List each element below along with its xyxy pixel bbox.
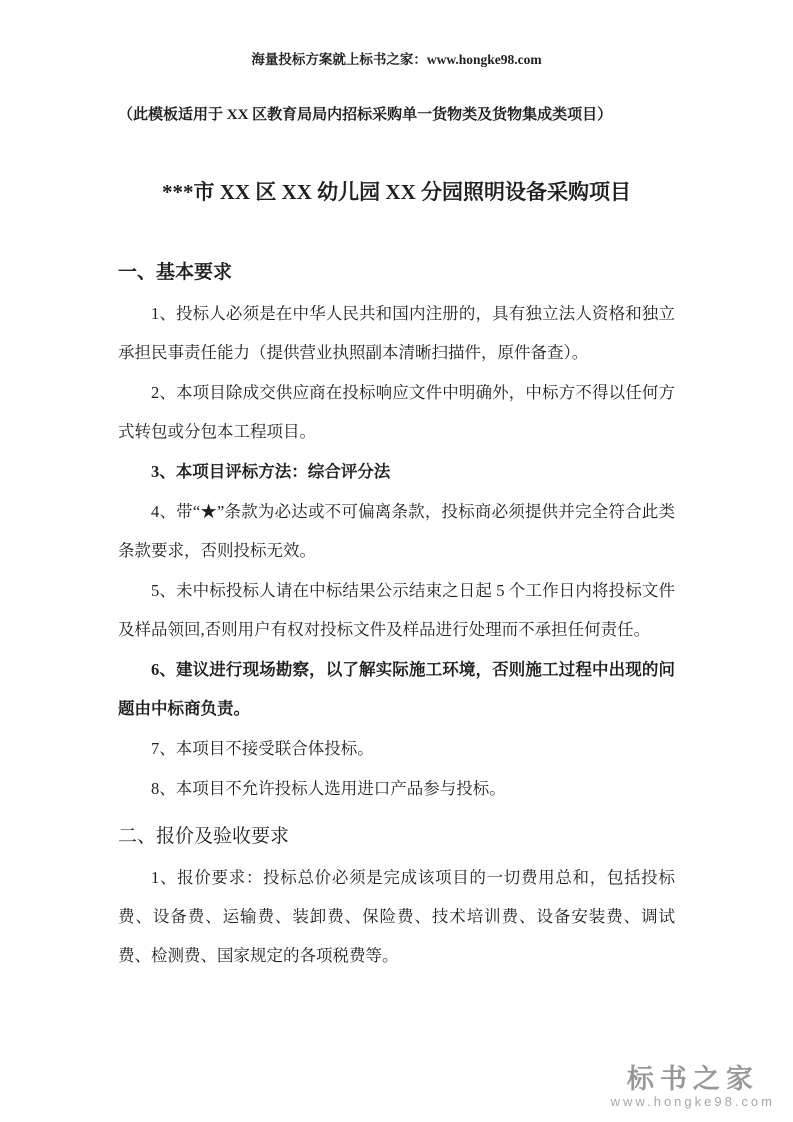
section-2-item-1: 1、报价要求：投标总价必须是完成该项目的一切费用总和，包括投标费、设备费、运输费… bbox=[118, 858, 675, 975]
section-1-item-6: 6、建议进行现场勘察，以了解实际施工环境，否则施工过程中出现的问题由中标商负责。 bbox=[118, 650, 675, 728]
section-1-item-1: 1、投标人必须是在中华人民共和国内注册的，具有独立法人资格和独立承担民事责任能力… bbox=[118, 294, 675, 372]
section-1-heading: 一、基本要求 bbox=[118, 260, 675, 286]
template-note: （此模板适用于 XX 区教育局局内招标采购单一货物类及货物集成类项目） bbox=[118, 104, 675, 126]
section-1-item-3: 3、本项目评标方法：综合评分法 bbox=[118, 452, 675, 491]
watermark: 标书之家 www.hongke98.com bbox=[611, 1064, 775, 1110]
section-1-item-5: 5、未中标投标人请在中标结果公示结束之日起 5 个工作日内将投标文件及样品领回,… bbox=[118, 571, 675, 649]
document-page: 海量投标方案就上标书之家：www.hongke98.com （此模板适用于 XX… bbox=[0, 0, 793, 1122]
watermark-brand: 标书之家 bbox=[611, 1064, 775, 1094]
document-header: 海量投标方案就上标书之家：www.hongke98.com bbox=[0, 0, 793, 68]
section-1-item-2: 2、本项目除成交供应商在投标响应文件中明确外，中标方不得以任何方式转包或分包本工… bbox=[118, 373, 675, 451]
watermark-url: www.hongke98.com bbox=[611, 1094, 775, 1110]
header-promo-text: 海量投标方案就上标书之家：www.hongke98.com bbox=[251, 52, 541, 67]
document-title: ***市 XX 区 XX 幼儿园 XX 分园照明设备采购项目 bbox=[118, 178, 675, 206]
section-2-heading: 二、报价及验收要求 bbox=[118, 824, 675, 850]
section-1-item-8: 8、本项目不允许投标人选用进口产品参与投标。 bbox=[118, 769, 675, 808]
section-1-item-4: 4、带“★”条款为必达或不可偏离条款，投标商必须提供并完全符合此类条款要求，否则… bbox=[118, 492, 675, 570]
document-body: （此模板适用于 XX 区教育局局内招标采购单一货物类及货物集成类项目） ***市… bbox=[0, 104, 793, 975]
section-1-item-7: 7、本项目不接受联合体投标。 bbox=[118, 729, 675, 768]
